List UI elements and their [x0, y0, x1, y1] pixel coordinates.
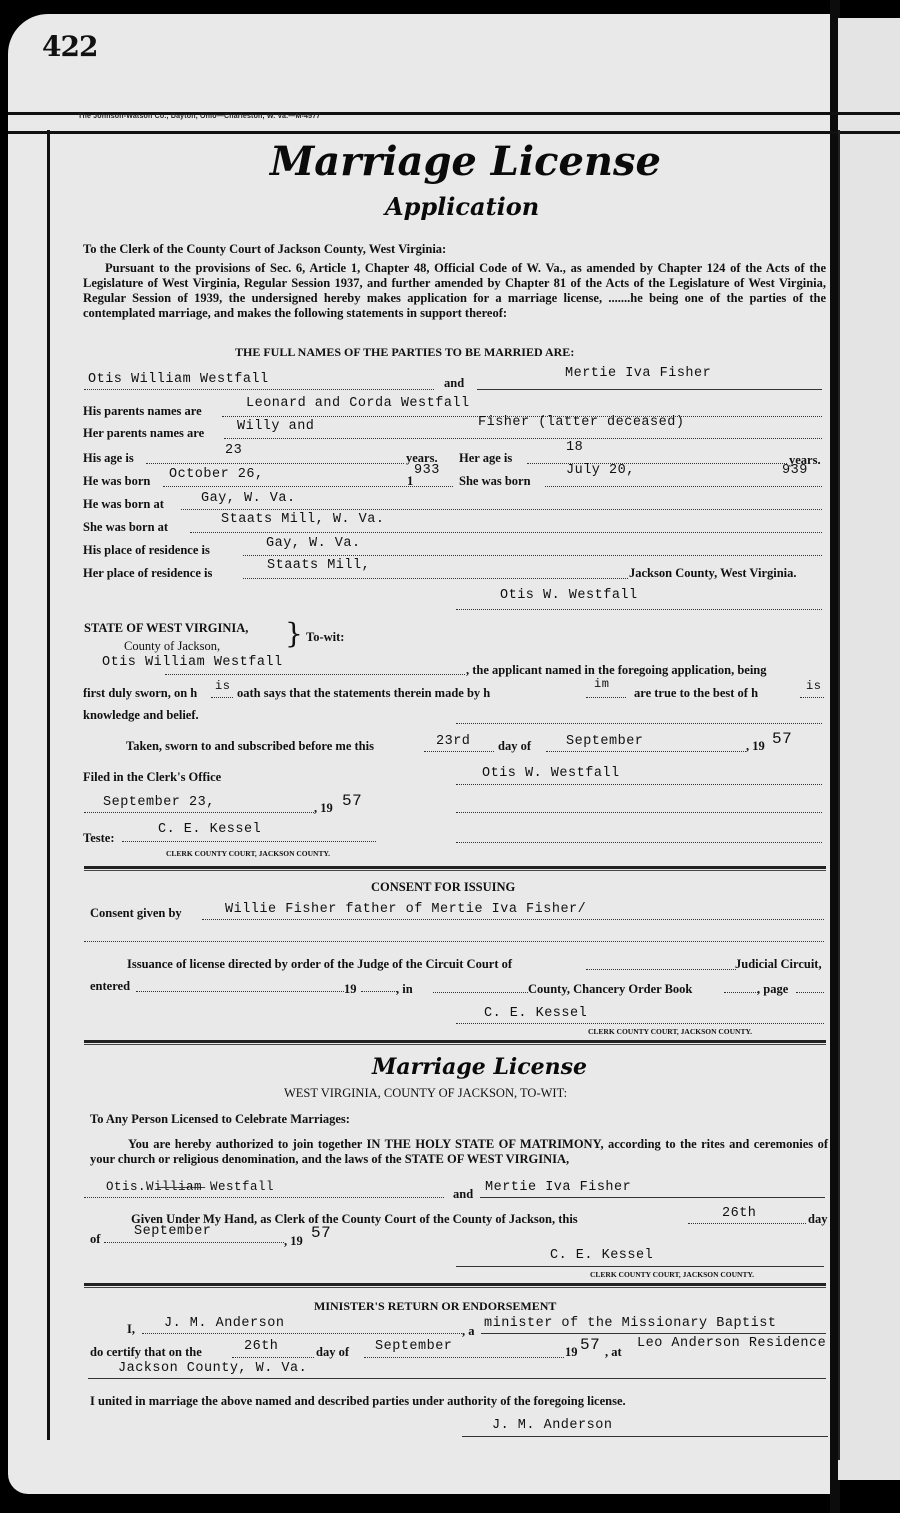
- groom-name-line: [84, 389, 434, 390]
- his-2: is: [806, 679, 821, 693]
- affiant-name: Otis William Westfall: [102, 655, 283, 670]
- oath-day: 23rd: [436, 734, 470, 749]
- minister-year-prefix: 19: [565, 1345, 578, 1360]
- her-age: 18: [566, 440, 583, 455]
- he-born-at-line: [181, 509, 822, 510]
- her-residence-label: Her place of residence is: [83, 566, 212, 581]
- minister-day-of-label: day of: [316, 1345, 349, 1360]
- his-residence-line: [243, 555, 822, 556]
- section-rule-3: [84, 1283, 826, 1288]
- entered-label: entered: [90, 979, 130, 994]
- oath-year-prefix: , 19: [746, 739, 765, 754]
- filed-year: 57: [342, 792, 362, 810]
- section-rule-1: [84, 866, 826, 871]
- consent-given-line: [202, 919, 824, 920]
- license-year: 57: [311, 1224, 331, 1242]
- nineteen: 19: [344, 982, 357, 997]
- blank-line-3: [456, 842, 822, 843]
- he-born-at: Gay, W. Va.: [201, 491, 296, 506]
- minister-day: 26th: [244, 1339, 278, 1354]
- teste-clerk-name: C. E. Kessel: [158, 822, 261, 837]
- printer-imprint: The Johnson-Watson Co., Dayton, Ohio—Cha…: [78, 113, 320, 120]
- circuit-court-line: [586, 969, 736, 970]
- license-groom-name: Otis.Wi̶l̶l̶i̶a̶m̶ Westfall: [106, 1180, 274, 1194]
- bride-name: Mertie Iva Fisher: [565, 366, 711, 381]
- filed-year-prefix: , 19: [314, 801, 333, 816]
- her-parents-first: Willy and: [237, 419, 314, 434]
- she-born-label: She was born: [459, 474, 531, 489]
- order-book-line: [724, 992, 758, 993]
- consent-given-label: Consent given by: [90, 906, 182, 921]
- license-day: 26th: [722, 1206, 756, 1221]
- his-1: is: [215, 679, 230, 693]
- consent-clerk-name: C. E. Kessel: [484, 1006, 587, 1021]
- application-title: Marriage License: [270, 138, 661, 185]
- consent-clerk-title: CLERK COUNTY COURT, JACKSON COUNTY.: [588, 1027, 752, 1036]
- consent-given-by: Willie Fisher father of Mertie Iva Fishe…: [225, 902, 586, 917]
- minister-month-line: [364, 1357, 564, 1358]
- her-residence: Staats Mill,: [267, 558, 370, 573]
- issuance-text: Issuance of license directed by order of…: [127, 957, 512, 972]
- applicant-text: , the applicant named in the foregoing a…: [466, 663, 767, 678]
- groom-name: Otis William Westfall: [88, 372, 269, 387]
- his-parents: Leonard and Corda Westfall: [246, 396, 470, 411]
- he-born-date: October 26,: [169, 467, 264, 482]
- i-label: I,: [127, 1322, 135, 1337]
- minister-signature-line: [462, 1436, 828, 1437]
- his-age-label: His age is: [83, 451, 134, 466]
- he-born-at-label: He was born at: [83, 497, 164, 512]
- page-line: [796, 992, 824, 993]
- blank-line-2: [456, 812, 822, 813]
- her-age-label: Her age is: [459, 451, 512, 466]
- minister-denomination: minister of the Missionary Baptist: [484, 1316, 776, 1331]
- consent-heading: CONSENT FOR ISSUING: [371, 880, 515, 895]
- her-parents-second: Fisher (latter deceased): [478, 415, 684, 430]
- she-born-line: [545, 486, 822, 487]
- minister-heading: MINISTER'S RETURN OR ENDORSEMENT: [314, 1299, 556, 1314]
- he-born-label: He was born: [83, 474, 150, 489]
- in-county-line: [433, 992, 528, 993]
- license-year-prefix: , 19: [284, 1234, 303, 1249]
- certify-label: do certify that on the: [90, 1345, 202, 1360]
- sworn-text-3: are true to the best of h: [634, 686, 758, 701]
- license-day-line: [688, 1223, 806, 1224]
- minister-name-line: [142, 1333, 462, 1334]
- she-born-at-line: [190, 532, 822, 533]
- she-born-year: 939: [782, 463, 808, 478]
- he-born-line: [163, 486, 453, 487]
- day-label: day: [808, 1212, 827, 1227]
- license-month-line: [104, 1242, 284, 1243]
- minister-year: 57: [580, 1336, 600, 1354]
- applicant-signature-line: [456, 609, 822, 610]
- facing-page-edge: [838, 18, 900, 1480]
- her-parents-line: [224, 438, 822, 439]
- minister-name: J. M. Anderson: [164, 1316, 284, 1331]
- filed-date-line: [84, 812, 314, 813]
- place-line: [88, 1378, 826, 1379]
- license-jurisdiction: WEST VIRGINIA, COUNTY OF JACKSON, TO-WIT…: [284, 1086, 567, 1101]
- consent-clerk-line: [456, 1023, 824, 1024]
- license-and-label: and: [453, 1187, 473, 1202]
- she-born-at: Staats Mill, W. Va.: [221, 512, 384, 527]
- application-addressee: To the Clerk of the County Court of Jack…: [83, 242, 446, 257]
- minister-month: September: [375, 1339, 452, 1354]
- oath-month-line: [546, 751, 746, 752]
- sworn-text-2: oath says that the statements therein ma…: [237, 686, 490, 701]
- filed-label: Filed in the Clerk's Office: [83, 770, 221, 785]
- license-bride-name: Mertie Iva Fisher: [485, 1180, 631, 1195]
- sworn-text-1: first duly sworn, on h: [83, 686, 197, 701]
- license-title: Marriage License: [372, 1054, 587, 1080]
- his-age: 23: [225, 443, 242, 458]
- to-wit-label: To-wit:: [306, 630, 344, 645]
- her-parents-label: Her parents names are: [83, 426, 204, 441]
- license-month: September: [134, 1224, 211, 1239]
- brace-glyph: }: [285, 620, 303, 648]
- left-margin-rule: [47, 130, 51, 1440]
- she-born-date: July 20,: [566, 463, 635, 478]
- her-residence-line: [243, 578, 628, 579]
- teste-label: Teste:: [83, 831, 114, 846]
- in-label: , in: [396, 982, 413, 997]
- state-line: STATE OF WEST VIRGINIA,: [84, 621, 248, 636]
- parties-heading: THE FULL NAMES OF THE PARTIES TO BE MARR…: [235, 345, 574, 360]
- minister-day-line: [232, 1357, 314, 1358]
- oath-year: 57: [772, 730, 792, 748]
- application-subtitle: Application: [385, 192, 539, 221]
- oath-day-line: [424, 751, 494, 752]
- license-addressee: To Any Person Licensed to Celebrate Marr…: [90, 1112, 350, 1127]
- affiant-signature: Otis W. Westfall: [482, 766, 620, 781]
- application-preamble: Pursuant to the provisions of Sec. 6, Ar…: [83, 261, 826, 321]
- of-label: of: [90, 1232, 100, 1247]
- entered-year-line: [361, 991, 397, 992]
- affiant-signature-line: [456, 784, 822, 785]
- ceremony-place-2: Jackson County, W. Va.: [118, 1361, 307, 1376]
- ceremony-place: Leo Anderson Residence: [637, 1336, 826, 1351]
- license-authorization: You are hereby authorized to join togeth…: [90, 1137, 828, 1167]
- a-label: , a: [462, 1324, 475, 1339]
- consent-blank-line: [84, 941, 824, 942]
- right-margin-rule: [838, 130, 840, 1460]
- he-born-year: 933: [414, 463, 440, 478]
- oath-month: September: [566, 734, 643, 749]
- county-line: County of Jackson,: [124, 639, 220, 654]
- him: im: [594, 677, 609, 691]
- license-clerk-name: C. E. Kessel: [550, 1248, 653, 1263]
- county-chancery: County, Chancery Order Book: [528, 982, 692, 997]
- day-of-label: day of: [498, 739, 531, 754]
- his-age-line: [146, 463, 404, 464]
- license-bride-line: [480, 1197, 825, 1198]
- and-label: and: [444, 376, 464, 391]
- knowledge-text: knowledge and belief.: [83, 708, 199, 723]
- section-rule-2: [84, 1040, 826, 1045]
- his-2-line: [800, 697, 824, 698]
- license-groom-line: [84, 1197, 444, 1198]
- his-residence-label: His place of residence is: [83, 543, 210, 558]
- teste-clerk-title: CLERK COUNTY COURT, JACKSON COUNTY.: [166, 849, 330, 858]
- applicant-signature: Otis W. Westfall: [500, 588, 638, 603]
- affiant-name-line: [165, 674, 465, 675]
- teste-line: [122, 841, 376, 842]
- united-text: I united in marriage the above named and…: [90, 1394, 626, 1409]
- license-clerk-line: [456, 1266, 824, 1267]
- page-number: 422: [42, 30, 97, 63]
- at-label: , at: [605, 1345, 622, 1360]
- she-born-at-label: She was born at: [83, 520, 168, 535]
- page-label: , page: [757, 982, 788, 997]
- denomination-line: [481, 1333, 826, 1334]
- county-suffix: Jackson County, West Virginia.: [629, 566, 797, 581]
- filed-date: September 23,: [103, 795, 215, 810]
- bride-name-line: [477, 389, 822, 390]
- judicial-circuit: Judicial Circuit,: [735, 957, 822, 972]
- him-line: [586, 697, 626, 698]
- taken-label: Taken, sworn to and subscribed before me…: [126, 739, 374, 754]
- entered-line: [136, 991, 344, 992]
- blank-line: [456, 723, 822, 724]
- minister-signature: J. M. Anderson: [492, 1418, 612, 1433]
- his-1-line: [211, 697, 233, 698]
- license-clerk-title: CLERK COUNTY COURT, JACKSON COUNTY.: [590, 1270, 754, 1279]
- his-residence: Gay, W. Va.: [266, 536, 361, 551]
- his-parents-label: His parents names are: [83, 404, 202, 419]
